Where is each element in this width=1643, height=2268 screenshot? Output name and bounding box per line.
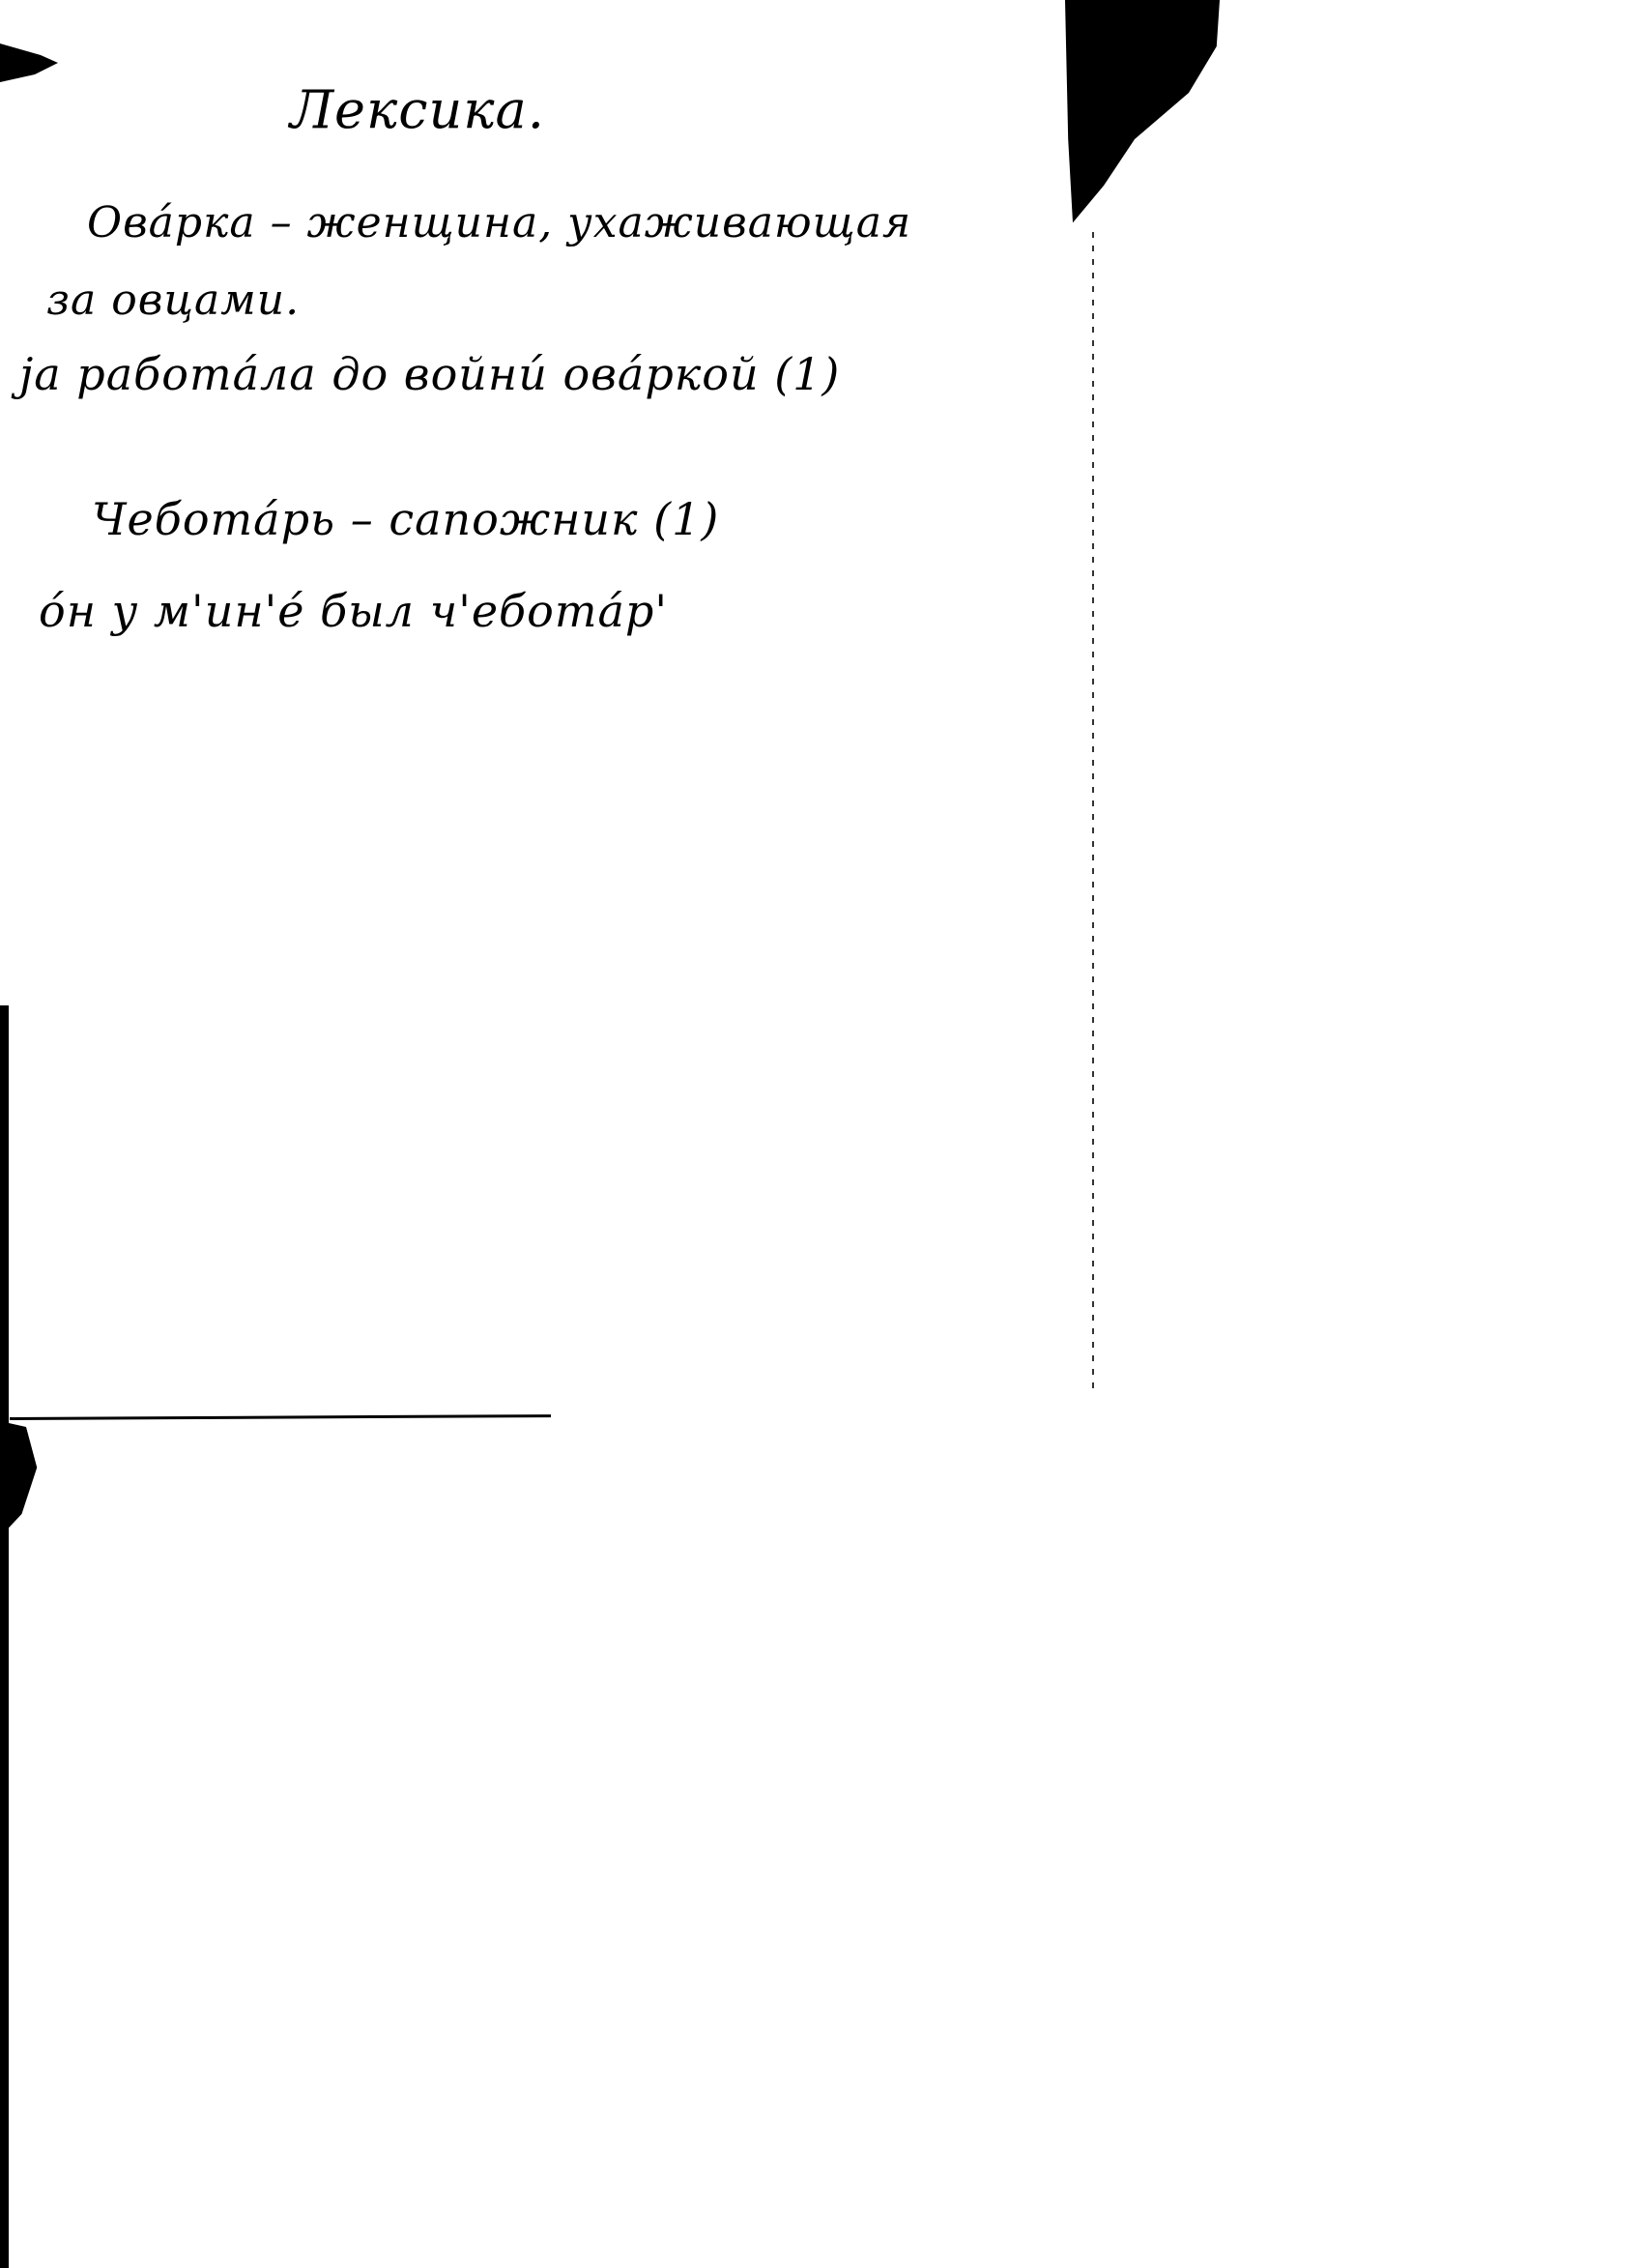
entry-example: óн у м'ин'é был ч'еботáр' bbox=[39, 585, 668, 637]
entry-definition: Овáрка – женщина, ухаживающая bbox=[87, 198, 911, 247]
scanned-card: Лексика. Овáрка – женщина, ухаживающая з… bbox=[0, 0, 1643, 2268]
entry-definition-continued: за овцами. bbox=[46, 276, 300, 325]
scan-artifact bbox=[1065, 0, 1220, 232]
card-edge-line bbox=[1092, 232, 1094, 1392]
scan-artifact bbox=[0, 44, 58, 82]
entry-definition: Чеботáрь – сапожник (1) bbox=[92, 493, 719, 545]
card-title: Лексика. bbox=[290, 79, 545, 140]
card-edge-line bbox=[10, 1414, 551, 1420]
scan-edge bbox=[0, 1005, 9, 2268]
scan-artifact bbox=[0, 1421, 43, 1537]
entry-example: jа работáла до войнú овáркой (1) bbox=[19, 348, 840, 400]
